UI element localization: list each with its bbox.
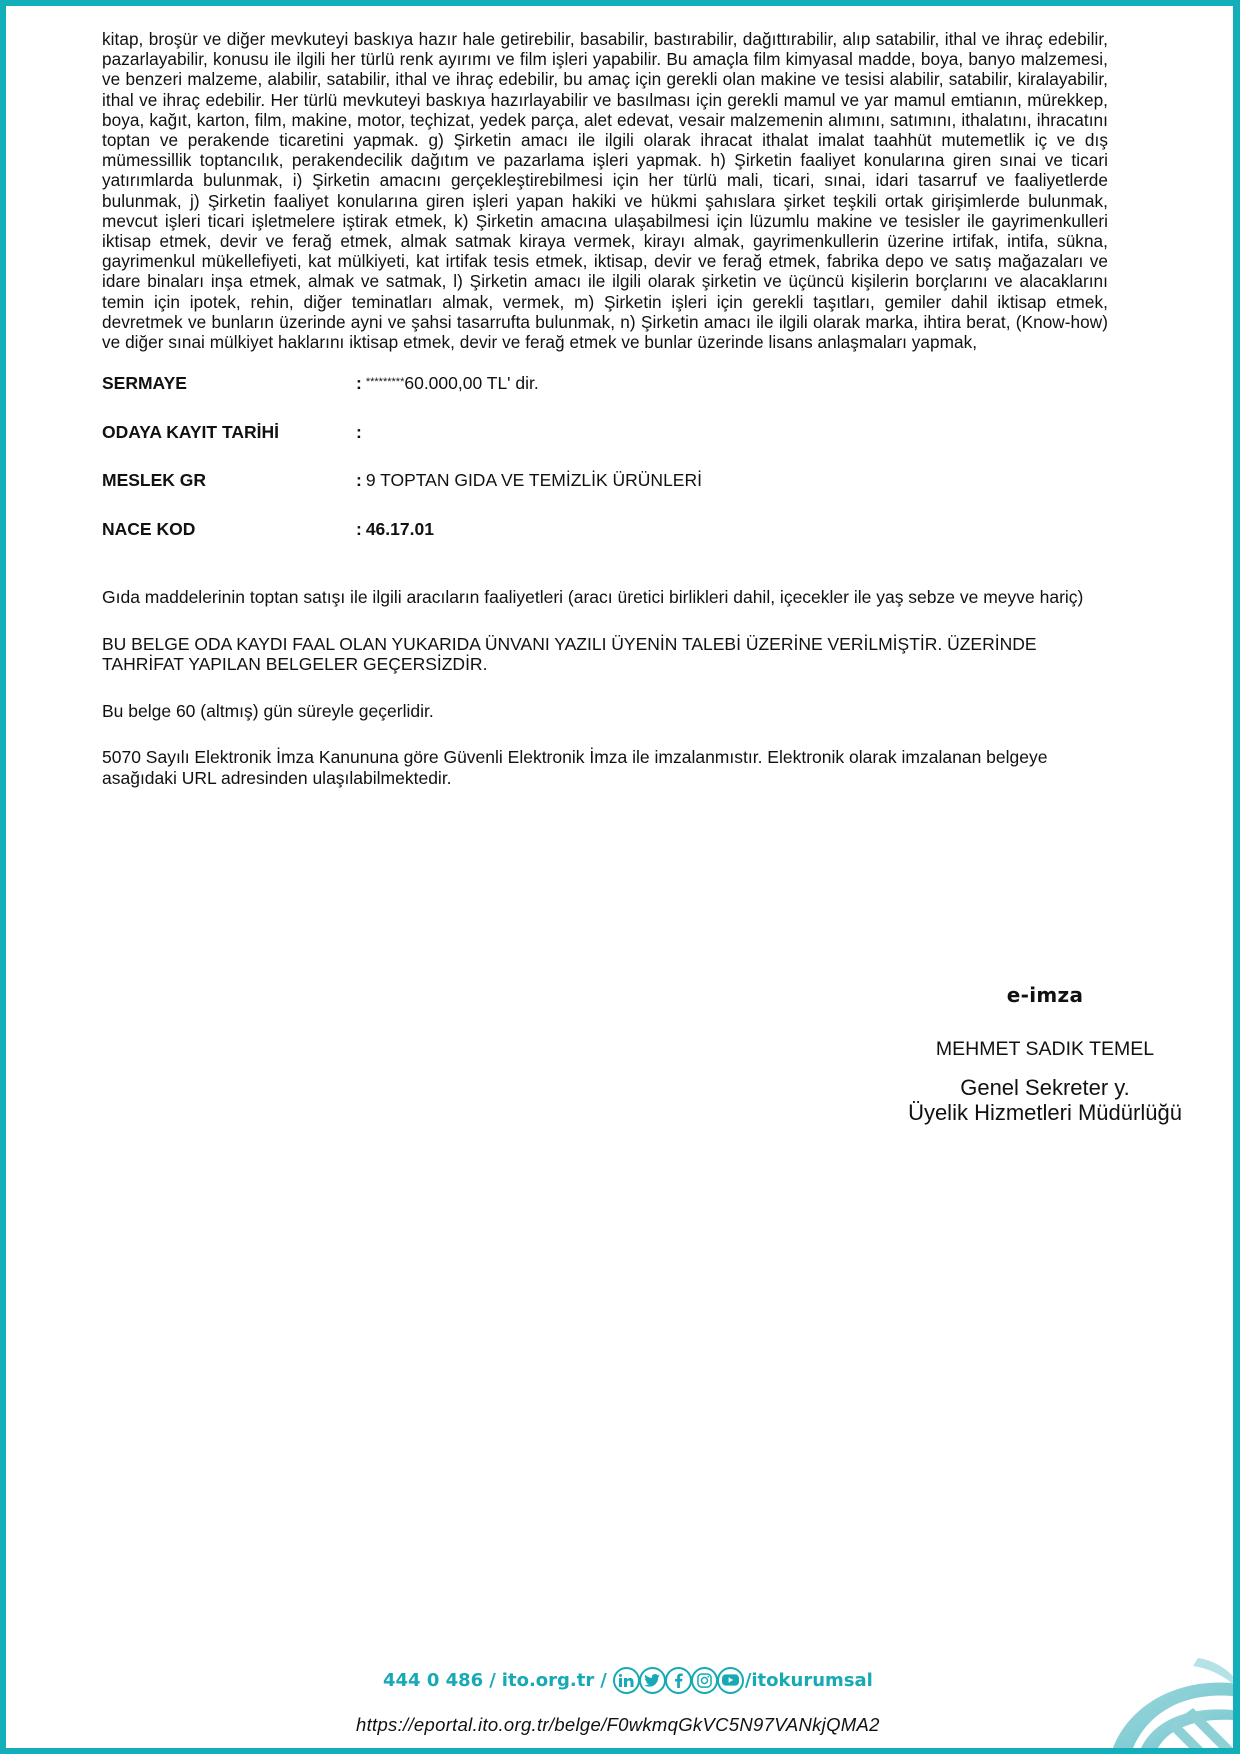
website-link[interactable]: ito.org.tr — [502, 1670, 594, 1691]
nace-description: Gıda maddelerinin toptan satışı ile ilgi… — [102, 587, 1108, 608]
twitter-icon[interactable] — [639, 1667, 666, 1694]
registry-fields: SERMAYE : *********60.000,00 TL' dir. OD… — [102, 373, 1108, 567]
field-colon: : — [356, 470, 362, 491]
capital-amount: 60.000,00 TL' dir. — [404, 373, 538, 393]
field-label: ODAYA KAYIT TARİHİ — [102, 422, 356, 443]
field-value: 9 TOPTAN GIDA VE TEMİZLİK ÜRÜNLERİ — [366, 470, 702, 491]
separator: / — [600, 1670, 607, 1691]
field-label: MESLEK GR — [102, 470, 356, 491]
footer-contact: 444 0 486 / ito.org.tr / /itokurumsal — [383, 1662, 873, 1698]
field-colon: : — [356, 373, 362, 394]
issuance-notice: BU BELGE ODA KAYDI FAAL OLAN YUKARIDA ÜN… — [102, 634, 1108, 675]
activity-description: kitap, broşür ve diğer mevkuteyi baskıya… — [102, 29, 1108, 352]
field-label: SERMAYE — [102, 373, 356, 394]
field-profession-group: MESLEK GR : 9 TOPTAN GIDA VE TEMİZLİK ÜR… — [102, 470, 1108, 519]
validity-note: Bu belge 60 (altmış) gün süreyle geçerli… — [102, 701, 1108, 722]
facebook-icon[interactable] — [665, 1667, 692, 1694]
social-icons — [613, 1667, 743, 1694]
phone-number: 444 0 486 — [383, 1670, 483, 1691]
masked-stars: ********* — [366, 376, 405, 388]
instagram-icon[interactable] — [691, 1667, 718, 1694]
social-handle[interactable]: /itokurumsal — [745, 1670, 873, 1691]
esignature-label: e-imza — [890, 983, 1200, 1007]
field-value: 46.17.01 — [366, 519, 434, 540]
signatory-title-line1: Genel Sekreter y. — [870, 1075, 1220, 1100]
field-colon: : — [356, 422, 362, 443]
signatory-name: MEHMET SADIK TEMEL — [880, 1038, 1210, 1061]
ito-logo-mark — [1103, 1648, 1233, 1748]
linkedin-icon[interactable] — [613, 1667, 640, 1694]
field-registration-date: ODAYA KAYIT TARİHİ : — [102, 422, 1108, 471]
signatory-title-line2: Üyelik Hizmetleri Müdürlüğü — [870, 1100, 1220, 1125]
separator: / — [489, 1670, 496, 1691]
field-capital: SERMAYE : *********60.000,00 TL' dir. — [102, 373, 1108, 422]
esignature-note: 5070 Sayılı Elektronik İmza Kanununa gör… — [102, 747, 1108, 788]
field-colon: : — [356, 519, 362, 540]
document-body: kitap, broşür ve diğer mevkuteyi baskıya… — [102, 29, 1108, 788]
verification-url[interactable]: https://eportal.ito.org.tr/belge/F0wkmqG… — [356, 1714, 880, 1736]
field-value: *********60.000,00 TL' dir. — [366, 373, 539, 394]
field-nace-code: NACE KOD : 46.17.01 — [102, 519, 1108, 568]
signatory-title: Genel Sekreter y. Üyelik Hizmetleri Müdü… — [870, 1075, 1220, 1125]
field-label: NACE KOD — [102, 519, 356, 540]
youtube-icon[interactable] — [717, 1667, 744, 1694]
